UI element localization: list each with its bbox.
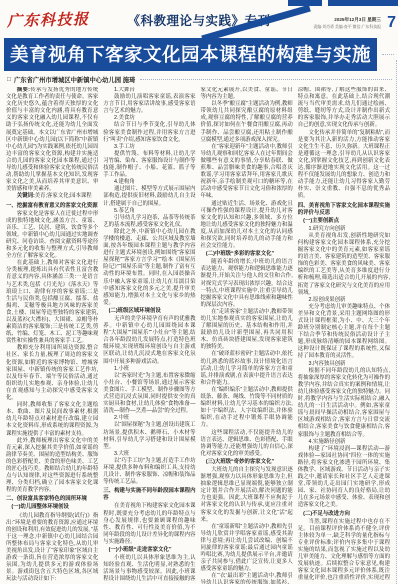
article-paragraph: 在“走读客家”主题活动中,教师带领幼儿实地参观真实的客家围屋,让幼儿了解围屋的历… (201, 309, 293, 352)
article-paragraph: 此外,教师梳理出客家文化中的美育元素,深入挖掘其美学价值,如童谣的韵律节奏美、围… (6, 438, 98, 495)
article-paragraph: 充分考虑幼儿审美趣味特点、个体差异和文化背景,采用主题网络图的形式设计课程框架,… (298, 304, 390, 361)
article-paragraph: 关键词:美育;客家文化;园本课程 (6, 193, 98, 200)
staff-line: 责编:刘肖勇 美编:查平 微信:广东科技报 (313, 24, 381, 31)
article-paragraph: 摘要:传承与发扬优秀的地方传统文化是教育工作者的责任与使命。客家文化历史悠久,蕴… (6, 87, 98, 193)
article-paragraph: 同时,教师收集了客家文化主题绘本、歌曲、图片及民间故事素材,根据幼儿年龄特点对素… (6, 402, 98, 437)
section-heading: 三、构建与实施不同年龄段园本课程内容 (103, 488, 195, 502)
article-paragraph: 以冬季“酿豆腐”主题活动为例,教师带领幼儿共同探究酿豆腐的原材料组成,观察豆腐的… (201, 101, 293, 144)
paragraph-lead-label: 摘要: (17, 87, 30, 93)
headline-row: 美育视角下客家文化园本课程的构建与实施 (0, 37, 398, 71)
headline-banner: 美育视角下客家文化园本课程的构建与实施 (4, 38, 377, 71)
article-paragraph: 4.实施路径创新 (298, 439, 390, 446)
article-paragraph: 在“编织编乐”主题活动中,教师提供纸条、藤条、绳线、竹篾等不同材质的编织材料,让… (201, 387, 293, 430)
article-paragraph: 1.小班 (103, 366, 195, 373)
article-paragraph: 在“破译蓝衫密码”主题活动中,依托幼儿熟悉的蓝衫故事,设计情境化语言活动,让幼儿… (201, 351, 293, 386)
byline-dotted-rule (140, 79, 392, 80)
byline-row: □ 广东省广州市增城区中新镇中心幼儿园 施琦 (7, 75, 392, 84)
section-heading: 二、创设富具客家特色的园所环境 (6, 496, 98, 503)
section-heading: (二)中班级“多彩的客家文化” (201, 251, 293, 258)
section-heading: (一)主要创新点 (298, 218, 390, 225)
newspaper-page: 广东科技报 《科教理论与实践》专刊 2025年12月3日 星期三 责编:刘肖勇 … (0, 0, 398, 584)
page-number: 7 (387, 14, 396, 32)
article-paragraph: 引导幼儿学习泡茶、品茶等传统茶艺的基本流程,感受客家文化礼仪。 (103, 215, 195, 229)
article-paragraph: 在“客家迎新年”主题活动中,教师引导幼儿观察和回忆客家人在过年期间会做哪些有意义… (201, 144, 293, 201)
article-paragraph: 这些课程活动,不仅能提升幼儿的语言表达、逻辑思维、色彩搭配、手眼协调等能力,还能… (201, 430, 293, 458)
top-right-stripe-1 (328, 0, 398, 6)
article-paragraph: 鼓励幼儿演唱客家童谣,表演客家方言节目,用客家话讲故事,感受客家语言与艺术的魅力… (103, 94, 195, 115)
article-paragraph: 构建了“环境浸润—课程活动—游戏体验—家园社协同”四位一体的实施路径,将客家文化… (298, 446, 390, 510)
article-paragraph: 3.内容独具创新 (298, 361, 390, 368)
byline-square-icon: □ (7, 76, 11, 83)
article-paragraph: 通过图片、模型等方式展示围屋内部构造,提供废旧材料,鼓励幼儿自主设计,搭建属于自… (103, 186, 195, 207)
article-paragraph: 除此之外,中新镇中心幼儿园在教学楼的楼道、走廊、公共区域及教室墙面,按各年级园本… (103, 229, 195, 307)
article-paragraph: 根据不同年龄段幼儿的认知特点,将抽象深厚的客家文化转化为可操作的教学内容,并结合… (298, 368, 390, 439)
section-heading: 一、挖掘富有教育意义的客家文化资源 (6, 203, 98, 210)
article-paragraph: 无声的美学环境孕育有声的优雅教养。中新镇中心幼儿园围绕园本课程“大围屋”“围屋乐… (103, 316, 195, 366)
section-heading: (三)大班级“奇妙的客家文化” (201, 459, 293, 466)
article-paragraph: 《幼儿园教育指导纲要(试行)》指出:“环境是重要的教育资源,应通过环境的创设和利… (6, 513, 98, 584)
article-paragraph: 以“围屋探秘”为主题,创设出建筑工坊场景,提供积木、鹅卵石、小木材等材料,引导幼… (103, 422, 195, 450)
article-paragraph: 文化传承并非简单的“复制粘贴”,而是要为其注入新的活力,方能推动客家文化生生不息… (298, 130, 390, 201)
headline-dotted-rule (382, 54, 394, 55)
section-heading: (一)小班级“走进客家文化” (103, 547, 195, 554)
article-paragraph: 客家文化是客家人在迁徙过程中形成的独特地域文化,涵盖方言、童谣、音乐、工艺、民居… (6, 211, 98, 261)
article-paragraph: 随着年龄的增长,中班幼儿的语言表达能力、观察能力和逻辑思维能力逐渐提升,开始关注… (201, 259, 293, 309)
article-paragraph: 5.茶艺角 (103, 208, 195, 215)
article-body: 摘要:传承与发扬优秀的地方传统文化是教育工作者的责任与使命。客家文化历史悠久,蕴… (6, 87, 390, 584)
article-paragraph: 在此基础上,教师对客家文化进行分类梳理,提炼出具有代表性且富含教育意义的内容,具… (6, 260, 98, 345)
article-paragraph: 大班幼儿的自主探究与发现意识逐渐增强,观察力以具体形象思维为主,但抽象逻辑思维已… (201, 467, 293, 524)
right-edge-dotted-rule (396, 60, 397, 584)
newspaper-logo: 广东科技报 (7, 8, 90, 31)
article-paragraph: 结合节日与季节变化,引导幼儿体验客家美食制作过程,并用客家方言进行“叫卖”介绍,… (103, 122, 195, 143)
section-heading: (一)幼儿园整体环境创设 (6, 504, 98, 511)
paragraph-lead-label: 关键词: (17, 193, 35, 199)
article-paragraph: 教师充分利用园所周边资源,整合社区、家长力量,梳理了周边的客家文化资源,如附近的… (6, 345, 98, 402)
article-paragraph: 以“巧手工坊”为主题,打造手工作坊环境,提供多种布料和编织工具,支持幼儿设计、制… (103, 458, 195, 486)
byline-text: 广东省广州市增城区中新镇中心幼儿园 施琦 (14, 75, 135, 84)
article-paragraph: 在美育视角下构建客家文化园本课程时,既要充分考虑幼儿的年龄特点与身心发展规律,也… (103, 503, 195, 546)
date-box: 2025年12月3日 星期三 责编:刘肖勇 美编:查平 微信:广东科技报 (313, 17, 381, 30)
article-paragraph: 1.研究方向创新 (298, 226, 390, 233)
section-heading: (二)不足与改进方向 (298, 511, 390, 518)
article-paragraph: 3.大班 (103, 451, 195, 458)
article-paragraph: 以“客家时光”为主题,布置客家微缩小灶台、小餐馆等场景,通过展示客家美食图片、手… (103, 373, 195, 416)
article-paragraph: 3.手工坊 (103, 144, 195, 151)
section-heading: 四、美育视角下客家文化园本课程实施的评价与反思 (298, 203, 390, 217)
article-paragraph: 通过贴近生活、场景化、游戏化且可操作性强的课程设计,提升幼儿对客家文化的认知和兴… (201, 201, 293, 251)
article-paragraph: 从美育视角出发,创新性地研究如何构建客家文化园本课程体系,充分挖掘客家文化中的美… (298, 233, 390, 297)
section-heading: (二)班级区域环境创设 (103, 308, 195, 315)
article-paragraph: 2.原创成果创新 (298, 297, 390, 304)
article-paragraph: 在“童谣新唱”主题活动中,教师先引导幼儿欣赏并学唱客家童谣,感受其韵律与意境;再… (201, 524, 293, 574)
masthead: 广东科技报 《科教理论与实践》专刊 2025年12月3日 星期三 责编:刘肖勇 … (0, 0, 398, 37)
article-paragraph: 提供竹篾、布料等材料,让幼儿学习竹编、染布、客家服饰设计与制作等技能,制作帽子、… (103, 151, 195, 179)
